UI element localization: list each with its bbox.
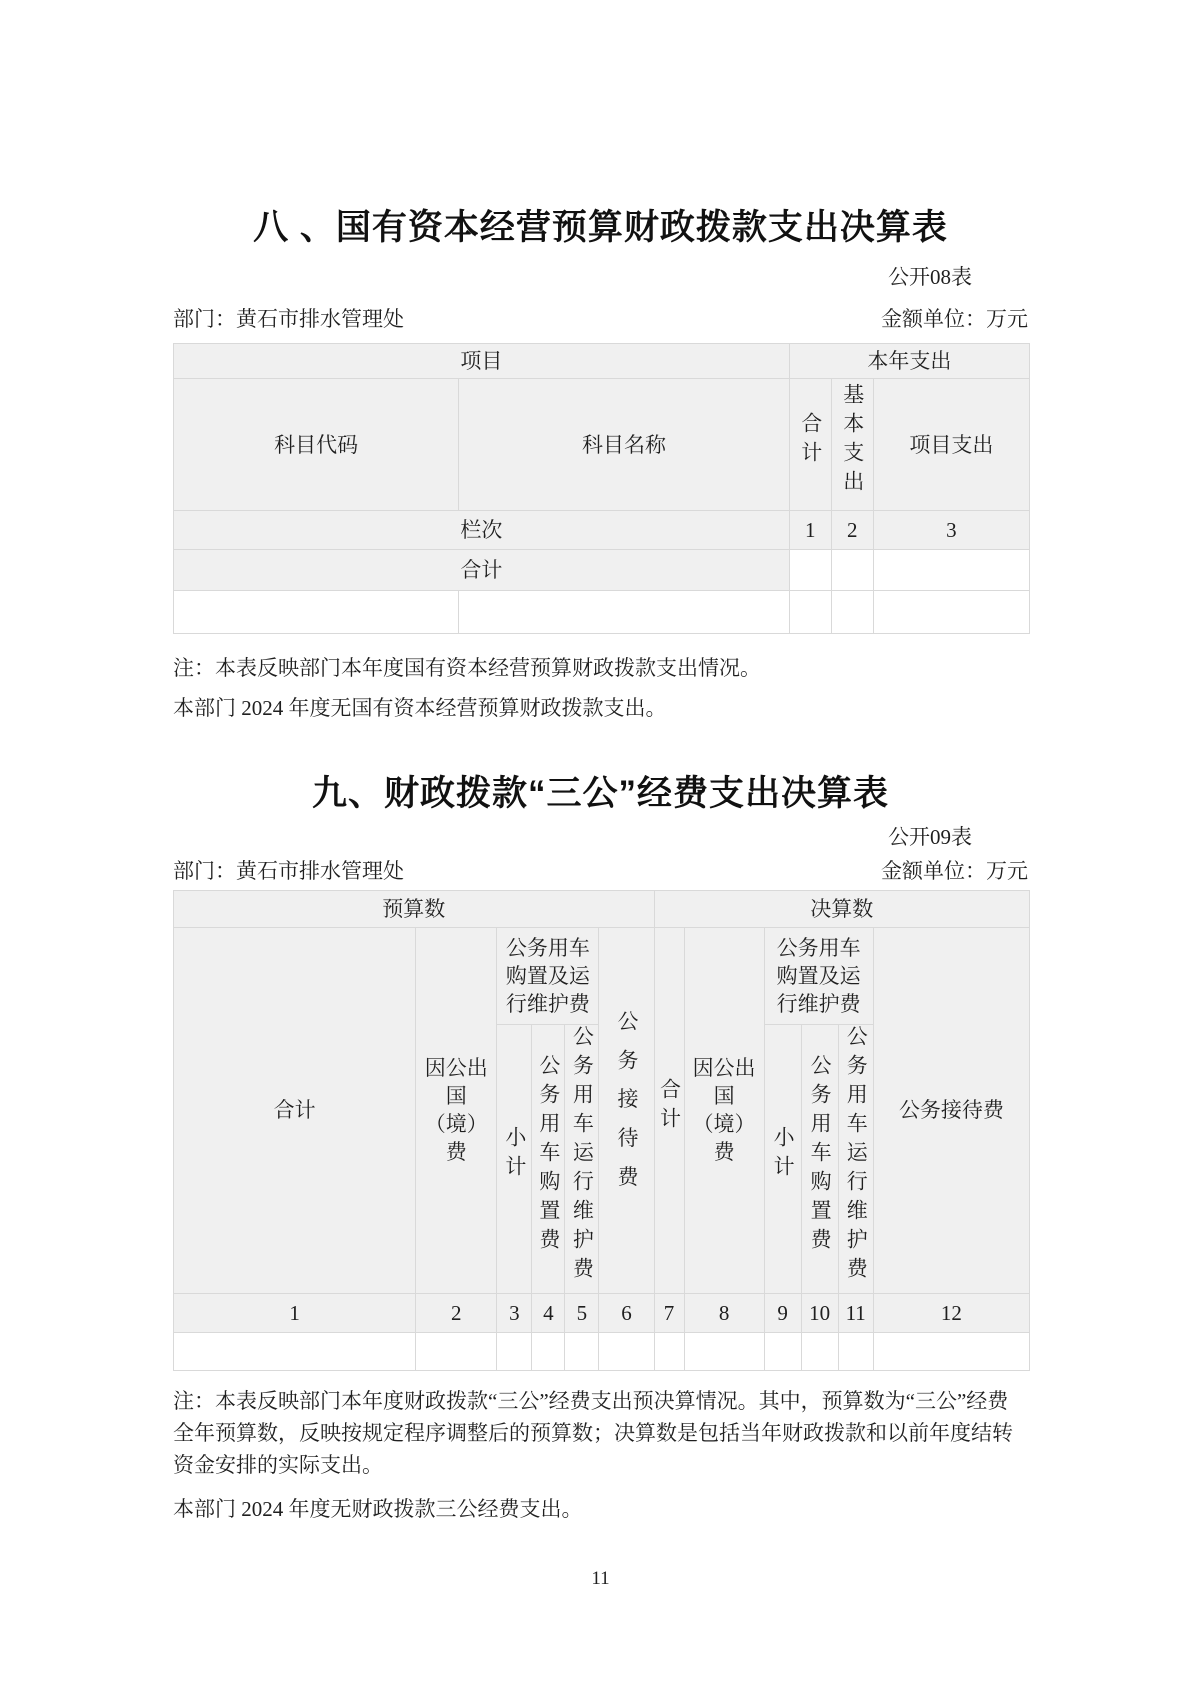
t9-colnum-9: 9 (764, 1293, 801, 1332)
t8-total-value-1 (789, 550, 831, 591)
t8-total-value-3 (873, 550, 1029, 591)
document-page: 八 、国有资本经营预算财政拨款支出决算表 公开08表 部门：黄石市排水管理处 金… (173, 206, 1028, 1591)
t8-col-subject-code: 科目代码 (174, 379, 459, 511)
t9-colnum-12: 12 (873, 1293, 1029, 1332)
table9: 预算数 决算数 合计 因公出 国（境） 费 公务用车 购置及运 行维护费 公务接… (173, 890, 1030, 1371)
t9-budget-reception: 公务接待费 (599, 928, 654, 1294)
table9-note: 注：本表反映部门本年度财政拨款“三公”经费支出预决算情况。其中，预算数为“三公”… (173, 1385, 1028, 1481)
t8-empty-3 (789, 591, 831, 634)
t9-empty-4 (532, 1332, 565, 1370)
t9-colnum-2: 2 (416, 1293, 497, 1332)
t8-empty-2 (459, 591, 789, 634)
t9-empty-11 (838, 1332, 873, 1370)
t9-empty-8 (684, 1332, 764, 1370)
table9-empty-row (174, 1332, 1030, 1370)
table8-unit-label: 金额单位：万元 (881, 308, 1028, 330)
t8-empty-5 (873, 591, 1029, 634)
t9-empty-7 (654, 1332, 684, 1370)
table8-department-label: 部门：黄石市排水管理处 (173, 308, 404, 330)
t9-final-group: 决算数 (654, 891, 1029, 928)
t9-budget-group: 预算数 (174, 891, 655, 928)
t9-final-vehicle-maintenance: 公务用车运行维护费 (838, 1025, 873, 1294)
t8-empty-4 (831, 591, 873, 634)
table8-number: 公开08表 (173, 266, 1028, 288)
t9-budget-abroad: 因公出 国（境） 费 (416, 928, 497, 1294)
t9-empty-5 (565, 1332, 599, 1370)
table8-note: 注：本表反映部门本年度国有资本经营预算财政拨款支出情况。 (173, 652, 1028, 684)
t9-final-total: 合计 (654, 928, 684, 1294)
table9-group-header-row: 预算数 决算数 (174, 891, 1030, 928)
t9-colnum-7: 7 (654, 1293, 684, 1332)
table9-unit-label: 金额单位：万元 (881, 860, 1028, 882)
t9-empty-10 (801, 1332, 838, 1370)
t9-colnum-5: 5 (565, 1293, 599, 1332)
t9-colnum-4: 4 (532, 1293, 565, 1332)
t9-colnum-1: 1 (174, 1293, 416, 1332)
t9-empty-6 (599, 1332, 654, 1370)
table9-title: 九、财政拨款“三公”经费支出决算表 (173, 772, 1028, 816)
t9-final-reception: 公务接待费 (873, 928, 1029, 1294)
t8-lanci-1: 1 (789, 511, 831, 550)
t8-col-subject-name: 科目名称 (459, 379, 789, 511)
t8-lanci-3: 3 (873, 511, 1029, 550)
t9-empty-2 (416, 1332, 497, 1370)
t9-budget-subtotal: 小计 (497, 1025, 532, 1294)
table8-empty-row (174, 591, 1030, 634)
t9-colnum-10: 10 (801, 1293, 838, 1332)
table8-meta-row: 部门：黄石市排水管理处 金额单位：万元 (173, 308, 1028, 330)
t8-lanci-2: 2 (831, 511, 873, 550)
t8-col-basic-expenditure: 基本支出 (831, 379, 873, 511)
table9-note-2: 本部门 2024 年度无财政拨款三公经费支出。 (173, 1493, 1028, 1525)
t9-colnum-6: 6 (599, 1293, 654, 1332)
t9-colnum-11: 11 (838, 1293, 873, 1332)
table8-group-header-row: 项目 本年支出 (174, 344, 1030, 379)
t8-col-total: 合计 (789, 379, 831, 511)
t9-budget-total: 合计 (174, 928, 416, 1294)
t8-lanci-label: 栏次 (174, 511, 790, 550)
t9-empty-9 (764, 1332, 801, 1370)
t9-colnum-3: 3 (497, 1293, 532, 1332)
t8-col-project-expenditure: 项目支出 (873, 379, 1029, 511)
table8-total-row: 合计 (174, 550, 1030, 591)
t9-final-vehicle-purchase: 公务用车购置费 (801, 1025, 838, 1294)
t8-total-label: 合计 (174, 550, 790, 591)
page-number: 11 (173, 1567, 1028, 1591)
table9-column-number-row: 1 2 3 4 5 6 7 8 9 10 11 12 (174, 1293, 1030, 1332)
t8-group-project: 项目 (174, 344, 790, 379)
table9-number: 公开09表 (173, 826, 1028, 848)
t9-budget-vehicle-purchase: 公务用车购置费 (532, 1025, 565, 1294)
t9-budget-vehicle-group: 公务用车 购置及运 行维护费 (497, 928, 599, 1025)
t9-empty-3 (497, 1332, 532, 1370)
table8-column-header-row: 科目代码 科目名称 合计 基本支出 项目支出 (174, 379, 1030, 511)
t9-empty-1 (174, 1332, 416, 1370)
t9-empty-12 (873, 1332, 1029, 1370)
table9-meta-row: 部门：黄石市排水管理处 金额单位：万元 (173, 860, 1028, 882)
t9-colnum-8: 8 (684, 1293, 764, 1332)
table8-lanci-row: 栏次 1 2 3 (174, 511, 1030, 550)
t9-final-vehicle-group: 公务用车 购置及运 行维护费 (764, 928, 873, 1025)
t8-total-value-2 (831, 550, 873, 591)
table9-department-label: 部门：黄石市排水管理处 (173, 860, 404, 882)
t9-final-abroad: 因公出 国（境） 费 (684, 928, 764, 1294)
t9-budget-vehicle-maintenance: 公务用车运行维护费 (565, 1025, 599, 1294)
t8-empty-1 (174, 591, 459, 634)
table8-note-2: 本部门 2024 年度无国有资本经营预算财政拨款支出。 (173, 692, 1028, 724)
table8-title: 八 、国有资本经营预算财政拨款支出决算表 (173, 206, 1028, 250)
t8-group-year-expenditure: 本年支出 (789, 344, 1029, 379)
t9-final-subtotal: 小计 (764, 1025, 801, 1294)
table9-subheader-row-1: 合计 因公出 国（境） 费 公务用车 购置及运 行维护费 公务接待费 合计 因公… (174, 928, 1030, 1025)
table8: 项目 本年支出 科目代码 科目名称 合计 基本支出 项目支出 栏次 1 2 3 … (173, 343, 1030, 634)
